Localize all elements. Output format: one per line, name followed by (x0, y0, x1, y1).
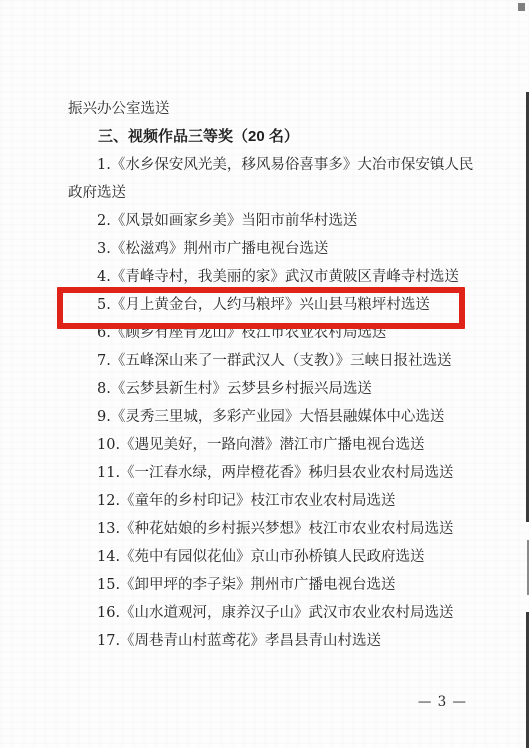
list-item-17: 17.《周巷青山村蓝鸢花》孝昌县青山村选送 (68, 627, 478, 655)
list-item-8: 8.《云梦县新生村》云梦县乡村振兴局选送 (68, 375, 478, 403)
list-item-11: 11.《一江春水绿，两岸橙花香》秭归县农业农村局选送 (68, 459, 478, 487)
list-item-12: 12.《童年的乡村印记》枝江市农业农村局选送 (68, 487, 478, 515)
document-body: 振兴办公室选送 三、视频作品三等奖（20 名） 1.《水乡保安风光美，移风易俗喜… (68, 95, 478, 655)
continuation-line: 振兴办公室选送 (68, 95, 478, 123)
list-item-14: 14.《苑中有园似花仙》京山市孙桥镇人民政府选送 (68, 543, 478, 571)
list-item-1: 1.《水乡保安风光美，移风易俗喜事多》大冶市保安镇人民政府选送 (68, 151, 478, 207)
scan-corner-artifact (518, 3, 525, 11)
list-item-4: 4.《青峰寺村，我美丽的家》武汉市黄陂区青峰寺村选送 (68, 263, 478, 291)
list-item-13: 13.《种花姑娘的乡村振兴梦想》枝江市农业农村局选送 (68, 515, 478, 543)
list-item-5-highlighted: 5.《月上黄金台，人约马粮坪》兴山县马粮坪村选送 (68, 291, 478, 319)
scanned-document-page: 振兴办公室选送 三、视频作品三等奖（20 名） 1.《水乡保安风光美，移风易俗喜… (0, 0, 529, 748)
list-item-6: 6.《顾乡有座青龙山》枝江市农业农村局选送 (68, 319, 478, 347)
list-item-10: 10.《遇见美好，一路向潜》潜江市广播电视台选送 (68, 431, 478, 459)
list-item-2: 2.《风景如画家乡美》当阳市前华村选送 (68, 207, 478, 235)
page-number: — 3 — (418, 694, 467, 710)
list-item-15: 15.《卸甲坪的李子柒》荆州市广播电视台选送 (68, 571, 478, 599)
list-item-16: 16.《山水道观河，康养汉子山》武汉市农业农村局选送 (68, 599, 478, 627)
list-item-9: 9.《灵秀三里城，多彩产业园》大悟县融媒体中心选送 (68, 403, 478, 431)
list-item-3: 3.《松滋鸡》荆州市广播电视台选送 (68, 235, 478, 263)
section-heading: 三、视频作品三等奖（20 名） (68, 123, 478, 151)
list-item-7: 7.《五峰深山来了一群武汉人（支教）》三峡日报社选送 (68, 347, 478, 375)
